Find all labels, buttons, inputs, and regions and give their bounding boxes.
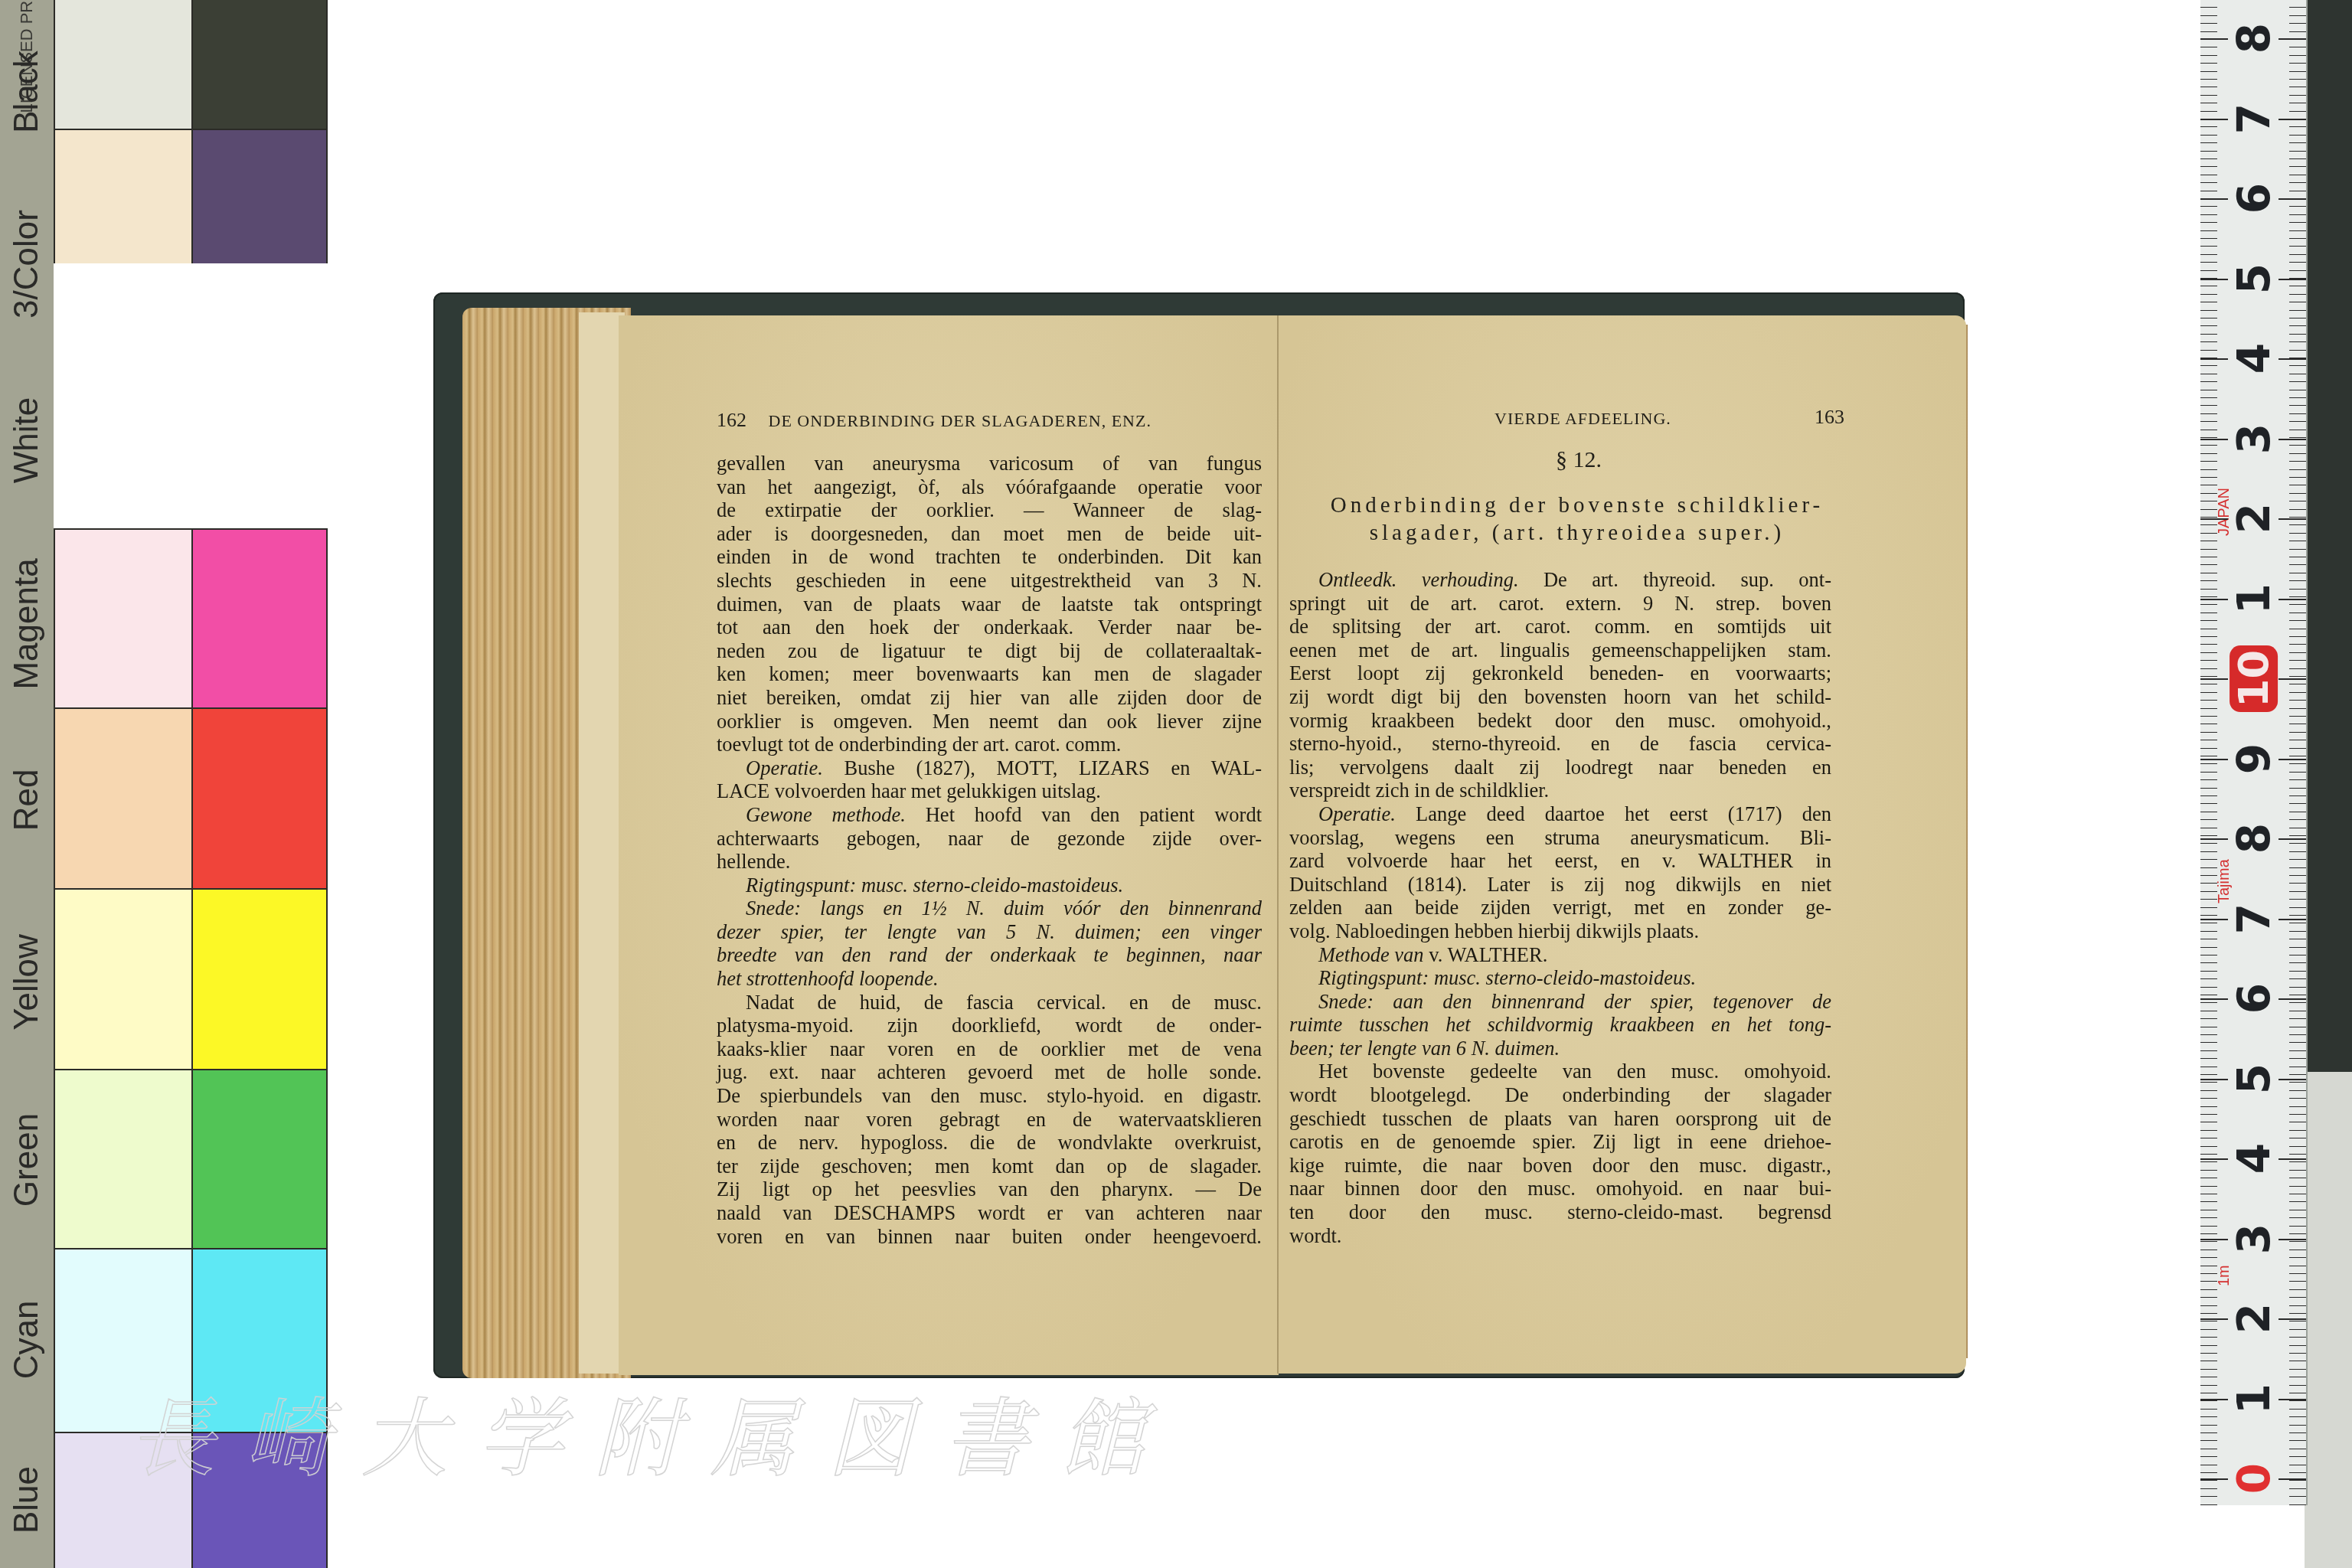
- text-line: naar binnen door den musc. omohyoid. en …: [1289, 1177, 1831, 1200]
- measuring-ruler: JAPAN Tajima 1m 87654321109876543210: [2200, 0, 2308, 1505]
- ruler-number: 7: [2223, 96, 2285, 142]
- checker-label-blue: Blue: [0, 1432, 54, 1568]
- swatch-yellow-light: [54, 888, 193, 1070]
- ruler-major-tick: [2200, 38, 2228, 40]
- text-line: Duitschland (1814). Later is zij nog dik…: [1289, 873, 1831, 897]
- text-line: Ontleedk. verhouding. De art. thyreoid. …: [1289, 568, 1831, 592]
- color-checker: LICENSED PRODUCT Black 3/Color White Mag…: [0, 0, 328, 1568]
- ruler-number: 6: [2223, 975, 2285, 1021]
- text-line: dezer spier, ter lengte van 5 N. duimen;…: [717, 920, 1262, 944]
- ruler-major-tick: [2278, 838, 2306, 840]
- checker-label-black: Black: [0, 15, 54, 168]
- text-line: worden naar voren gebragt en de watervaa…: [717, 1108, 1262, 1132]
- italic-run: het strottenhoofd loopende.: [717, 967, 939, 990]
- ruler-major-tick: [2278, 1079, 2306, 1080]
- italic-run: breedte van den rand der onderkaak te be…: [717, 943, 1262, 966]
- text-line: ter zijde geschoven; men komt dan op de …: [717, 1155, 1262, 1178]
- italic-run: dezer spier, ter lengte van 5 N. duimen;…: [717, 920, 1262, 943]
- ruler-major-tick: [2200, 1399, 2228, 1400]
- gray-scale-strip: [2305, 0, 2352, 1072]
- text-line: geschiedt tusschen de plaats van haren o…: [1289, 1107, 1831, 1131]
- ruler-number: 8: [2223, 815, 2285, 861]
- right-running-title: VIERDE AFDEELING.: [1494, 409, 1671, 429]
- ruler-number: 4: [2223, 1135, 2285, 1181]
- swatch-yellow-dark: [191, 888, 328, 1070]
- ruler-major-tick: [2278, 678, 2306, 680]
- text-line: zelden aan beide zijden verrigt, met en …: [1289, 896, 1831, 920]
- text-line: Snede: langs en 1½ N. duim vóór den binn…: [717, 897, 1262, 920]
- text-line: Het bovenste gedeelte van den musc. omoh…: [1289, 1060, 1831, 1083]
- section-heading-line-1: Onderbinding der bovenste schildklier-: [1302, 493, 1853, 518]
- text-line: voorslag, wegens een struma aneurysmatic…: [1289, 826, 1831, 850]
- ruler-major-tick: [2278, 358, 2306, 360]
- ruler-major-tick: [2278, 1318, 2306, 1320]
- text-line: kaaks-klier naar voren en de oorklier me…: [717, 1037, 1262, 1061]
- ruler-number: 10: [2223, 655, 2285, 701]
- text-line: ruimte tusschen het schildvormig kraakbe…: [1289, 1013, 1831, 1037]
- italic-run: Snede: aan den binnenrand der spier, teg…: [1318, 990, 1831, 1013]
- ruler-number: 0: [2223, 1455, 2285, 1501]
- library-watermark: 長崎大学附属図書館: [129, 1370, 1032, 1470]
- text-line: kige ruimte, die naar boven door den mus…: [1289, 1154, 1831, 1178]
- ruler-major-tick: [2278, 1478, 2306, 1480]
- left-page-body: gevallen van aneurysma varicosum of van …: [717, 452, 1262, 1248]
- text-line: gevallen van aneurysma varicosum of van …: [717, 452, 1262, 475]
- italic-run: Operatie.: [746, 756, 823, 779]
- right-page: VIERDE AFDEELING. 163 § 12. Onderbinding…: [1279, 315, 1966, 1374]
- checker-label-red: Red: [0, 712, 54, 888]
- ruler-major-tick: [2278, 599, 2306, 600]
- italic-run: Rigtingspunt: musc. sterno-cleido-mastoi…: [746, 874, 1123, 897]
- ruler-major-tick: [2200, 279, 2228, 280]
- ruler-number: 3: [2223, 416, 2285, 462]
- italic-run: Rigtingspunt: musc. sterno-cleido-mastoi…: [1318, 966, 1696, 989]
- text-line: ten door den musc. sterno-cleido-mast. b…: [1289, 1200, 1831, 1224]
- checker-label-cyan: Cyan: [0, 1248, 54, 1432]
- text-line: been; ter lengte van 6 N. duimen.: [1289, 1037, 1831, 1060]
- left-running-title: DE ONDERBINDING DER SLAGADEREN, ENZ.: [769, 411, 1151, 430]
- text-line: neden zou de ligatuur te digt bij de col…: [717, 639, 1262, 663]
- text-line: Eerst loopt zij gekronkeld beneden- en v…: [1289, 661, 1831, 685]
- text-line: en de nerv. hypogloss. die de wondvlakte…: [717, 1131, 1262, 1155]
- ruler-major-tick: [2200, 919, 2228, 920]
- ruler-number: 8: [2223, 15, 2285, 61]
- ruler-major-tick: [2278, 1239, 2306, 1240]
- text-line: lis; vervolgens daalt zij loodregt naar …: [1289, 756, 1831, 779]
- text-line: verspreidt zich in de schildklier.: [1289, 779, 1831, 802]
- ruler-number: 7: [2223, 896, 2285, 942]
- ruler-number: 1: [2223, 1376, 2285, 1422]
- italic-run: Methode van: [1318, 943, 1424, 966]
- ruler-major-tick: [2200, 518, 2228, 520]
- ruler-major-tick: [2200, 1239, 2228, 1240]
- text-line: sterno-hyoid., sterno-thyreoid. en de fa…: [1289, 732, 1831, 756]
- text-line: oorklier is omgeven. Men neemt dan ook l…: [717, 710, 1262, 733]
- text-line: slechts geschieden in eene uitgestrekthe…: [717, 569, 1262, 593]
- ruler-major-tick: [2200, 599, 2228, 600]
- checker-label-yellow: Yellow: [0, 892, 54, 1072]
- text-line: Nadat de huid, de fascia cervical. en de…: [717, 991, 1262, 1014]
- text-line: wordt.: [1289, 1224, 1831, 1248]
- text-line: duimen, van de plaats waar de laatste ta…: [717, 593, 1262, 616]
- checker-label-green: Green: [0, 1072, 54, 1248]
- ruler-major-tick: [2278, 198, 2306, 200]
- text-line: springt uit de art. carot. extern. 9 N. …: [1289, 592, 1831, 616]
- text-line: breedte van den rand der onderkaak te be…: [717, 943, 1262, 967]
- text-line: Zij ligt op het peesvlies van den pharyn…: [717, 1178, 1262, 1201]
- page-leaf: [579, 312, 625, 1374]
- text-line: naald van DESCHAMPS wordt er van achtere…: [717, 1201, 1262, 1225]
- left-page-number: 162: [717, 409, 746, 431]
- swatch-red-dark: [191, 707, 328, 890]
- swatch-red-light: [54, 707, 193, 890]
- text-line: einden in de wond trachten te onderbinde…: [717, 545, 1262, 569]
- ruler-major-tick: [2200, 838, 2228, 840]
- text-line: zij wordt digt bij den bovensten hoorn v…: [1289, 685, 1831, 709]
- text-line: zard volvoerde haar het eerst, en v. WAL…: [1289, 849, 1831, 873]
- ruler-major-tick: [2200, 1318, 2228, 1320]
- ruler-major-tick: [2200, 1478, 2228, 1480]
- text-line: LACE volvoerden haar met gelukkigen uits…: [717, 779, 1262, 803]
- text-line: hellende.: [717, 850, 1262, 874]
- text-line: ken komen; meer bovenwaarts kan men de s…: [717, 662, 1262, 686]
- ruler-number: 5: [2223, 1056, 2285, 1102]
- ruler-major-tick: [2278, 279, 2306, 280]
- text-line: Rigtingspunt: musc. sterno-cleido-mastoi…: [1289, 966, 1831, 990]
- left-page: 162 DE ONDERBINDING DER SLAGADEREN, ENZ.…: [619, 315, 1279, 1375]
- ruler-number: 5: [2223, 256, 2285, 302]
- text-line: jug. ext. naar achteren gevoerd met de h…: [717, 1060, 1262, 1084]
- ruler-major-tick: [2278, 998, 2306, 1000]
- text-line: toevlugt tot de onderbinding der art. ca…: [717, 733, 1262, 756]
- text-line: tot aan den hoek der onderkaak. Verder n…: [717, 616, 1262, 639]
- text-line: het strottenhoofd loopende.: [717, 967, 1262, 991]
- checker-label-magenta: Magenta: [0, 536, 54, 712]
- ruler-number: 3: [2223, 1216, 2285, 1262]
- right-page-number: 163: [1815, 406, 1844, 429]
- text-line: Snede: aan den binnenrand der spier, teg…: [1289, 990, 1831, 1014]
- ruler-major-tick: [2278, 1399, 2306, 1400]
- text-line: ader is doorgesneden, dan moet men de be…: [717, 522, 1262, 546]
- text-line: Methode van v. WALTHER.: [1289, 943, 1831, 967]
- text-line: vormig kraakbeen bedekt door den musc. o…: [1289, 709, 1831, 733]
- ruler-major-tick: [2200, 198, 2228, 200]
- swatch-black-light: [54, 0, 193, 130]
- italic-run: Operatie.: [1318, 802, 1396, 825]
- swatch-magenta-light: [54, 528, 193, 709]
- swatch-green-dark: [191, 1069, 328, 1249]
- swatch-3color-light: [54, 129, 193, 265]
- ruler-major-tick: [2200, 1158, 2228, 1160]
- text-line: de extirpatie der oorklier. — Wanneer de…: [717, 498, 1262, 522]
- ruler-major-tick: [2278, 518, 2306, 520]
- left-running-head: 162 DE ONDERBINDING DER SLAGADEREN, ENZ.: [717, 409, 1151, 432]
- text-line: Gewone methode. Het hoofd van den patien…: [717, 803, 1262, 827]
- text-line: de splitsing der art. carot. comm. en so…: [1289, 615, 1831, 639]
- italic-run: ruimte tusschen het schildvormig kraakbe…: [1289, 1013, 1831, 1036]
- ruler-major-tick: [2278, 919, 2306, 920]
- text-line: voren en van binnen naar buiten onder he…: [717, 1225, 1262, 1249]
- checker-label-3color: 3/Color: [0, 176, 54, 352]
- ruler-major-tick: [2200, 119, 2228, 120]
- ruler-major-tick: [2278, 439, 2306, 440]
- text-line: Operatie. Lange deed daartoe het eerst (…: [1289, 802, 1831, 826]
- ruler-major-tick: [2278, 1158, 2306, 1160]
- ruler-number: 9: [2223, 736, 2285, 782]
- ruler-major-tick: [2200, 759, 2228, 760]
- ruler-number: 1: [2223, 576, 2285, 622]
- text-line: De spierbundels van den musc. stylo-hyoi…: [717, 1084, 1262, 1108]
- text-line: Rigtingspunt: musc. sterno-cleido-mastoi…: [717, 874, 1262, 897]
- swatch-magenta-dark: [191, 528, 328, 709]
- checker-label-white: White: [0, 352, 54, 528]
- text-line: niet bereiken, omdat zij hier van alle z…: [717, 686, 1262, 710]
- swatch-green-light: [54, 1069, 193, 1249]
- ruler-number: 2: [2223, 1295, 2285, 1341]
- ruler-major-tick: [2200, 439, 2228, 440]
- text-line: achterwaarts gebogen, naar de gezonde zi…: [717, 827, 1262, 851]
- ruler-number: 2: [2223, 495, 2285, 541]
- ruler-major-tick: [2200, 1079, 2228, 1080]
- swatch-3color-dark: [191, 129, 328, 265]
- ruler-major-tick: [2200, 358, 2228, 360]
- color-checker-label-strip: LICENSED PRODUCT Black 3/Color White Mag…: [0, 0, 54, 1568]
- section-heading-line-2: slagader, (art. thyreoidea super.): [1302, 521, 1853, 546]
- color-checker-grid: [54, 0, 328, 1568]
- text-line: eenen met de art. lingualis gemeenschapp…: [1289, 639, 1831, 662]
- italic-run: Gewone methode.: [746, 803, 906, 826]
- ruler-meter-mark: 1m: [2216, 1265, 2233, 1286]
- ruler-number: 6: [2223, 175, 2285, 221]
- italic-run: Ontleedk. verhouding.: [1318, 568, 1519, 591]
- swatch-black-dark: [191, 0, 328, 130]
- ruler-major-tick: [2278, 759, 2306, 760]
- text-line: carotis en de genoemde spier. Zij ligt i…: [1289, 1130, 1831, 1154]
- text-line: volg. Nabloedingen hebben hierbij dikwij…: [1289, 920, 1831, 943]
- text-line: Operatie. Bushe (1827), MOTT, LIZARS en …: [717, 756, 1262, 780]
- text-line: wordt blootgelegd. De onderbinding der s…: [1289, 1083, 1831, 1107]
- text-line: platysma-myoid. zijn doorkliefd, wordt d…: [717, 1014, 1262, 1037]
- ruler-major-tick: [2200, 678, 2228, 680]
- ruler-major-tick: [2278, 119, 2306, 120]
- section-number: § 12.: [1556, 447, 1602, 473]
- text-line: van het aangezigt, òf, als vóórafgaande …: [717, 475, 1262, 499]
- ruler-number: 4: [2223, 335, 2285, 381]
- ruler-major-tick: [2200, 998, 2228, 1000]
- swatch-white: [54, 263, 328, 398]
- italic-run: been; ter lengte van 6 N. duimen.: [1289, 1037, 1560, 1060]
- right-page-body: Ontleedk. verhouding. De art. thyreoid. …: [1289, 568, 1831, 1247]
- ruler-major-tick: [2278, 38, 2306, 40]
- italic-run: Snede: langs en 1½ N. duim vóór den binn…: [746, 897, 1262, 920]
